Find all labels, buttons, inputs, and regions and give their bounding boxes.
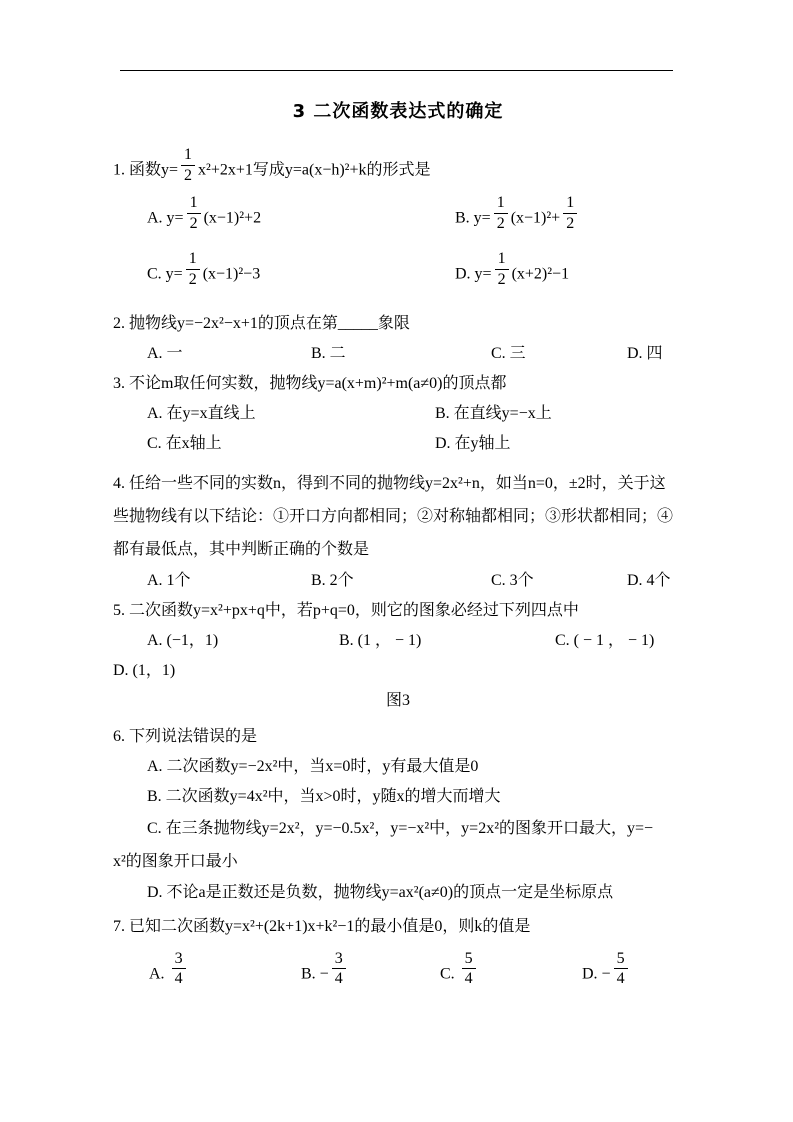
q6-option-c-line-1: C. 在三条抛物线y=2x²，y=−0.5x²，y=−x²中，y=2x²的图象开… xyxy=(113,812,683,845)
q5-option-b: B. (1 ， − 1) xyxy=(339,626,555,656)
fraction: 12 xyxy=(495,250,509,288)
q1-option-b: B. y=12(x−1)²+12 xyxy=(455,194,580,232)
q5-option-c: C. ( − 1 ， − 1) xyxy=(555,626,654,656)
question-7-stem: 7. 已知二次函数y=x²+(2k+1)x+k²−1的最小值是0，则k的值是 xyxy=(113,912,683,942)
q6-option-c: C. 在三条抛物线y=2x²，y=−0.5x²，y=−x²中，y=2x²的图象开… xyxy=(113,812,683,878)
fraction-denominator: 4 xyxy=(172,969,186,988)
fraction: 12 xyxy=(181,146,195,184)
fraction: 12 xyxy=(563,194,577,232)
question-2-stem: 2. 抛物线y=−2x²−x+1的顶点在第_____象限 xyxy=(113,309,683,339)
q4-option-c: C. 3个 xyxy=(491,566,627,596)
q1-stem-post: x²+2x+1写成y=a(x−h)²+k的形式是 xyxy=(198,162,430,179)
q5-options-row: A. (−1，1) B. (1 ， − 1) C. ( − 1 ， − 1) xyxy=(113,626,683,656)
fraction-numerator: 1 xyxy=(186,250,200,270)
q3-option-a: A. 在y=x直线上 xyxy=(147,399,435,429)
fraction-denominator: 2 xyxy=(563,214,577,233)
q3-option-b: B. 在直线y=−x上 xyxy=(435,399,552,429)
q1-stem-pre: 1. 函数y= xyxy=(113,162,178,179)
q7-option-d-pre: D. − xyxy=(582,965,611,982)
fraction: 54 xyxy=(462,950,476,988)
q1-option-d-post: (x+2)²−1 xyxy=(512,266,570,283)
q1-option-d-pre: D. y= xyxy=(455,266,492,283)
worksheet-content: 3 二次函数表达式的确定 1. 函数y=12x²+2x+1写成y=a(x−h)²… xyxy=(113,0,683,988)
fraction: 34 xyxy=(172,950,186,988)
q7-option-b: B. −34 xyxy=(301,950,440,988)
figure-caption: 图3 xyxy=(113,686,683,716)
q6-option-b-text: B. 二次函数y=4x²中，当x>0时，y随x的增大而增大 xyxy=(147,782,501,812)
q7-option-d: D. −54 xyxy=(582,950,631,988)
q6-option-b: B. 二次函数y=4x²中，当x>0时，y随x的增大而增大 xyxy=(113,782,683,812)
q4-option-d: D. 4个 xyxy=(627,566,671,596)
q1-options-row-1: A. y=12(x−1)²+2 B. y=12(x−1)²+12 xyxy=(113,194,683,232)
fraction-denominator: 4 xyxy=(614,969,628,988)
q4-stem-line-1: 4. 任给一些不同的实数n，得到不同的抛物线y=2x²+n，如当n=0，±2时，… xyxy=(113,467,683,500)
question-1-stem: 1. 函数y=12x²+2x+1写成y=a(x−h)²+k的形式是 xyxy=(113,146,683,184)
question-6-stem: 6. 下列说法错误的是 xyxy=(113,722,683,752)
q1-option-b-pre: B. y= xyxy=(455,210,491,227)
fraction-denominator: 2 xyxy=(181,166,195,185)
q7-option-c-pre: C. xyxy=(440,965,459,982)
q7-option-b-pre: B. − xyxy=(301,965,329,982)
fraction-numerator: 1 xyxy=(494,194,508,214)
q7-options-row: A. 34 B. −34 C. 54 D. −54 xyxy=(113,950,683,988)
q4-option-b: B. 2个 xyxy=(311,566,491,596)
q7-option-c: C. 54 xyxy=(440,950,582,988)
q1-option-b-mid: (x−1)²+ xyxy=(511,210,561,227)
fraction-denominator: 2 xyxy=(495,270,509,289)
fraction: 12 xyxy=(187,194,201,232)
q1-option-c-post: (x−1)²−3 xyxy=(203,266,261,283)
fraction-numerator: 1 xyxy=(181,146,195,166)
q4-stem-line-2: 些抛物线有以下结论：①开口方向都相同；②对称轴都相同；③形状都相同；④ xyxy=(113,500,683,533)
q6-option-c-line-2: x²的图象开口最小 xyxy=(113,845,683,878)
fraction-numerator: 1 xyxy=(563,194,577,214)
q2-option-b: B. 二 xyxy=(311,339,491,369)
q1-option-d: D. y=12(x+2)²−1 xyxy=(455,250,569,288)
question-5-stem: 5. 二次函数y=x²+px+q中，若p+q=0，则它的图象必经过下列四点中 xyxy=(113,596,683,626)
fraction-numerator: 1 xyxy=(495,250,509,270)
fraction: 12 xyxy=(186,250,200,288)
q6-option-d: D. 不论a是正数还是负数，抛物线y=ax²(a≠0)的顶点一定是坐标原点 xyxy=(113,878,683,908)
q2-options-row: A. 一 B. 二 C. 三 D. 四 xyxy=(113,339,683,369)
q4-option-a: A. 1个 xyxy=(147,566,311,596)
q2-option-d: D. 四 xyxy=(627,339,663,369)
page-title: 3 二次函数表达式的确定 xyxy=(113,100,683,124)
fraction-numerator: 5 xyxy=(462,950,476,970)
q1-option-c-pre: C. y= xyxy=(147,266,183,283)
fraction-denominator: 2 xyxy=(186,270,200,289)
q6-option-d-text: D. 不论a是正数还是负数，抛物线y=ax²(a≠0)的顶点一定是坐标原点 xyxy=(147,878,613,908)
q1-option-c: C. y=12(x−1)²−3 xyxy=(147,250,455,288)
q7-option-a: A. 34 xyxy=(149,950,301,988)
q2-option-c: C. 三 xyxy=(491,339,627,369)
fraction: 54 xyxy=(614,950,628,988)
q4-stem-line-3: 都有最低点，其中判断正确的个数是 xyxy=(113,533,683,566)
fraction-numerator: 1 xyxy=(187,194,201,214)
question-4-stem: 4. 任给一些不同的实数n，得到不同的抛物线y=2x²+n，如当n=0，±2时，… xyxy=(113,467,683,566)
q4-options-row: A. 1个 B. 2个 C. 3个 D. 4个 xyxy=(113,566,683,596)
fraction-denominator: 4 xyxy=(332,969,346,988)
fraction-numerator: 5 xyxy=(614,950,628,970)
fraction-denominator: 2 xyxy=(187,214,201,233)
q3-option-c: C. 在x轴上 xyxy=(147,429,435,459)
q5-option-d: D. (1，1) xyxy=(113,656,683,686)
q1-options-row-2: C. y=12(x−1)²−3 D. y=12(x+2)²−1 xyxy=(113,250,683,288)
q7-option-a-pre: A. xyxy=(149,965,169,982)
q3-options-row-2: C. 在x轴上 D. 在y轴上 xyxy=(113,429,683,459)
q5-option-a: A. (−1，1) xyxy=(147,626,339,656)
q3-option-d: D. 在y轴上 xyxy=(435,429,511,459)
fraction-numerator: 3 xyxy=(332,950,346,970)
fraction-denominator: 4 xyxy=(462,969,476,988)
q3-options-row-1: A. 在y=x直线上 B. 在直线y=−x上 xyxy=(113,399,683,429)
q1-option-a: A. y=12(x−1)²+2 xyxy=(147,194,455,232)
q2-option-a: A. 一 xyxy=(147,339,311,369)
question-3-stem: 3. 不论m取任何实数，抛物线y=a(x+m)²+m(a≠0)的顶点都 xyxy=(113,369,683,399)
fraction: 34 xyxy=(332,950,346,988)
q1-option-a-pre: A. y= xyxy=(147,210,184,227)
fraction-denominator: 2 xyxy=(494,214,508,233)
q6-option-a-text: A. 二次函数y=−2x²中，当x=0时，y有最大值是0 xyxy=(147,752,478,782)
fraction: 12 xyxy=(494,194,508,232)
fraction-numerator: 3 xyxy=(172,950,186,970)
q1-option-a-post: (x−1)²+2 xyxy=(204,210,262,227)
q6-option-a: A. 二次函数y=−2x²中，当x=0时，y有最大值是0 xyxy=(113,752,683,782)
